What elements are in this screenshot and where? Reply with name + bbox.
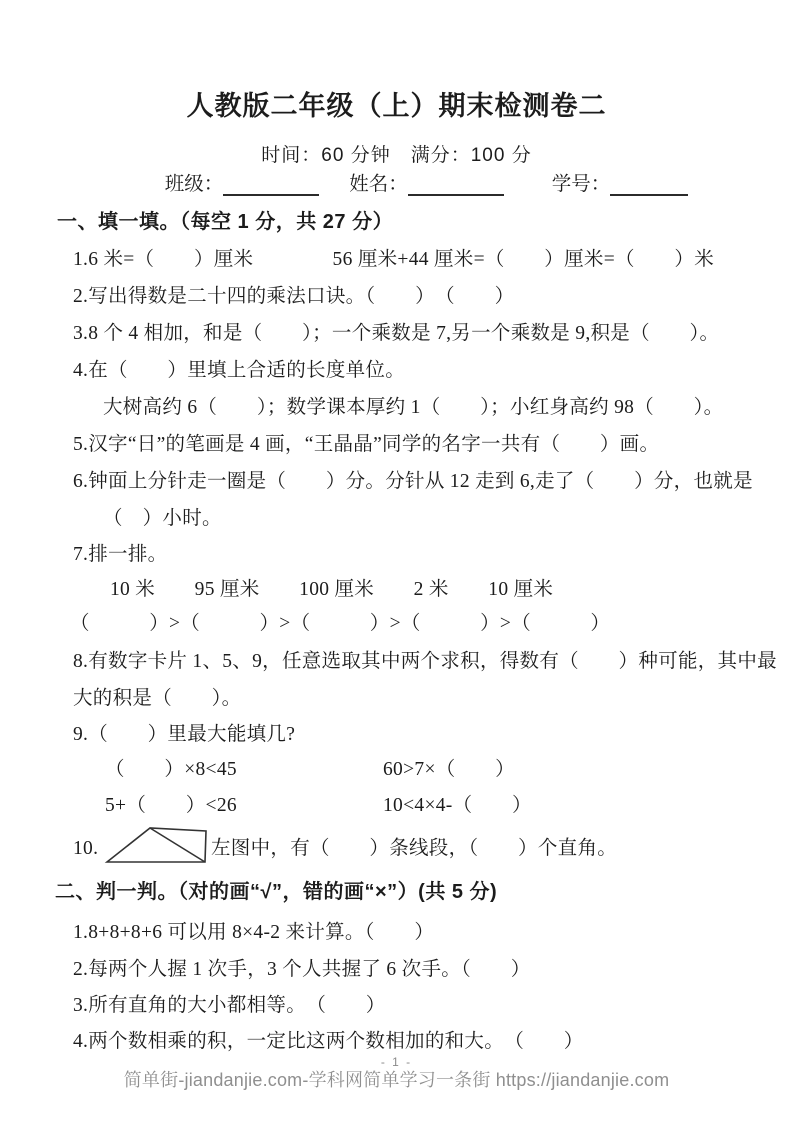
judge-question-4: 4.两个数相乘的积，一定比这两个数相加的和大。 （ ） xyxy=(73,1029,584,1055)
question-7-compare-row: （ ）>（ ）>（ ）>（ ）>（ ） xyxy=(70,611,610,637)
section-1-heading: 一、填一填。（每空 1 分，共 27 分） xyxy=(57,209,393,236)
judge-question-1: 1.8+8+8+6 可以用 8×4-2 来计算。（ ） xyxy=(73,920,434,946)
footer-watermark: 简单街-jiandanjie.com-学科网简单学习一条街 https://ji… xyxy=(0,1068,793,1092)
question-10-text: 左图中，有（ ）条线段，（ ）个直角。 xyxy=(211,836,617,862)
question-4-continued: 大树高约 6（ ）；数学课本厚约 1（ ）；小红身高约 98（ ）。 xyxy=(103,395,723,421)
question-9-expr-1-left: （ ）×8<45 xyxy=(105,757,237,783)
class-blank-line xyxy=(223,173,319,196)
exam-paper-page: 人教版二年级（上）期末检测卷二 时间：60 分钟 满分：100 分 班级： 姓名… xyxy=(0,0,793,1122)
judge-question-3: 3.所有直角的大小都相等。 （ ） xyxy=(73,993,386,1019)
question-4: 4.在（ ）里填上合适的长度单位。 xyxy=(73,358,405,384)
class-label: 班级： xyxy=(165,168,224,196)
question-7: 7.排一排。 xyxy=(73,542,167,568)
class-field-group: 班级： xyxy=(165,168,320,196)
exam-title: 人教版二年级（上）期末检测卷二 xyxy=(0,88,793,124)
exam-info-time-score: 时间：60 分钟 满分：100 分 xyxy=(0,143,793,169)
name-label: 姓名： xyxy=(349,168,408,196)
id-blank-line xyxy=(610,173,688,196)
question-9-expr-1-right: 60>7×（ ） xyxy=(383,757,515,783)
question-3: 3.8 个 4 相加，和是（ ）；一个乘数是 7,另一个乘数是 9,积是（ ）。 xyxy=(73,321,719,347)
question-8-continued: 大的积是（ ）。 xyxy=(73,686,241,712)
question-8: 8.有数字卡片 1、5、9，任意选取其中两个求积，得数有（ ）种可能，其中最 xyxy=(73,649,777,675)
id-field-group: 学号： xyxy=(552,168,689,196)
question-5: 5.汉字“日”的笔画是 4 画，“王晶晶”同学的名字一共有（ ）画。 xyxy=(73,432,659,458)
question-9-expr-2-right: 10<4×4-（ ） xyxy=(383,793,532,819)
section-2-heading: 二、判一判。（对的画“√”，错的画“×”）(共 5 分) xyxy=(55,879,497,906)
question-10-number: 10. xyxy=(73,836,98,862)
name-blank-line xyxy=(408,173,504,196)
question-2: 2.写出得数是二十四的乘法口诀。（ ） （ ） xyxy=(73,284,514,310)
question-9-expr-2-left: 5+（ ）<26 xyxy=(105,793,237,819)
judge-question-2: 2.每两个人握 1 次手，3 个人共握了 6 次手。（ ） xyxy=(73,957,531,983)
question-6-continued: （ ）小时。 xyxy=(103,506,222,532)
question-9: 9.（ ）里最大能填几? xyxy=(73,722,295,748)
question-7-items: 10 米 95 厘米 100 厘米 2 米 10 厘米 xyxy=(110,577,553,603)
question-1: 1.6 米=（ ）厘米 56 厘米+44 厘米=（ ）厘米=（ ）米 xyxy=(73,247,714,273)
name-field-group: 姓名： xyxy=(349,168,504,196)
q10-trapezoid-figure xyxy=(103,818,213,866)
student-fields-row: 班级： 姓名： 学号： xyxy=(30,168,793,196)
question-6: 6.钟面上分针走一圈是（ ）分。分针从 12 走到 6,走了（ ）分，也就是 xyxy=(73,469,753,495)
id-label: 学号： xyxy=(552,168,611,196)
